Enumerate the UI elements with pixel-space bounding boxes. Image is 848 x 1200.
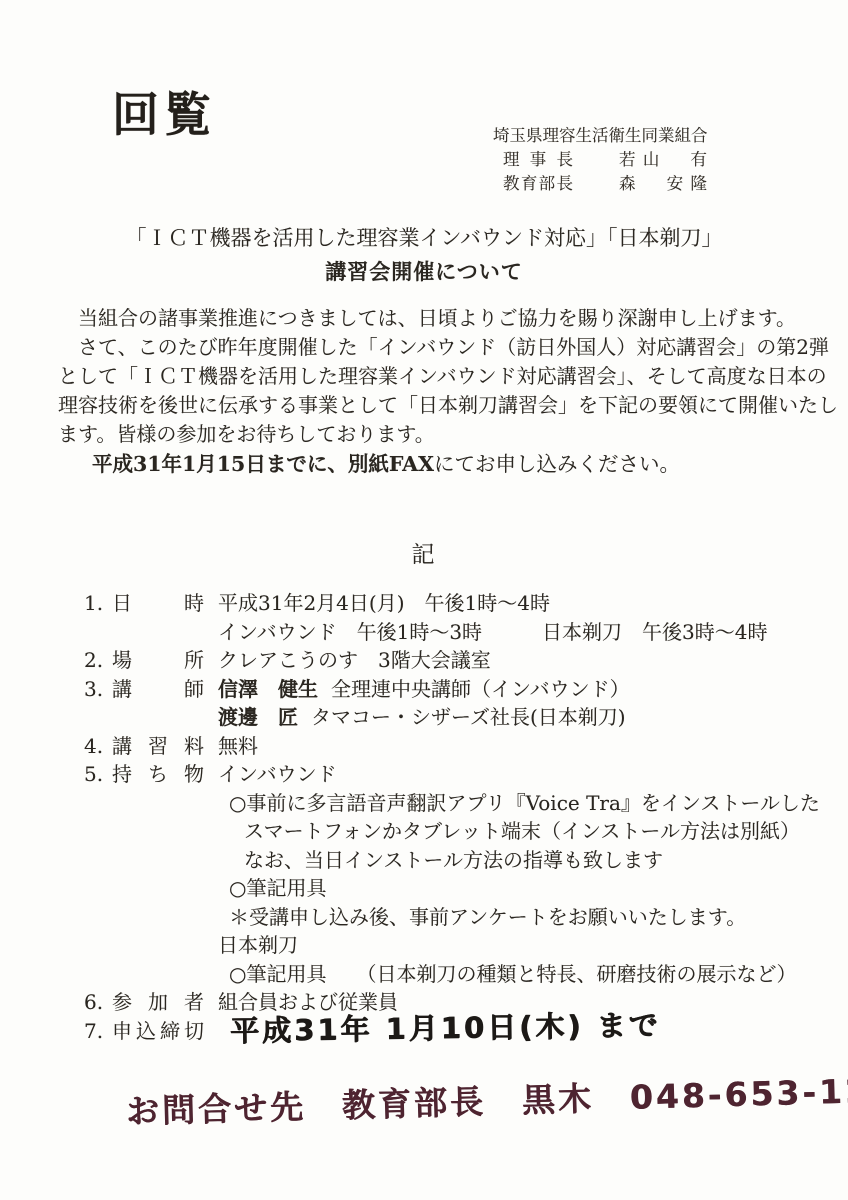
- item-number: 3.: [84, 675, 112, 704]
- fax-deadline-notice: 平成31年1月15日までに、別紙FAXにてお申し込みください。: [58, 450, 840, 479]
- item-value-line: クレアこうのす 3階大会議室: [218, 646, 824, 675]
- fax-deadline-rest: にてお申し込みください。: [434, 452, 680, 476]
- lecturer-name: 信澤 健生: [218, 677, 318, 701]
- belonging-detail-line: スマートフォンかタブレット端末（インストール方法は別紙）: [218, 817, 824, 846]
- officer-role: 理事長: [503, 148, 573, 172]
- lecturer-desc: 全理連中央講師（インバウンド）: [331, 677, 630, 701]
- belonging-detail-line: ＊受講申し込み後、事前アンケートをお願いいたします。: [218, 903, 824, 932]
- item-label: 持ち物: [112, 760, 204, 789]
- item-number: 1.: [84, 589, 112, 618]
- sender-header: 埼玉県理容生活衛生同業組合 理事長 若山 有 教育部長 森 安隆: [493, 124, 707, 196]
- notice-title-line2: 講習会開催について: [0, 255, 848, 288]
- item-number: 4.: [84, 732, 112, 761]
- item-value-line: インバウンド 午後1時～3時 日本剃刀 午後3時～4時: [218, 618, 824, 647]
- officer-row: 理事長 若山 有: [493, 148, 707, 172]
- notice-title: 「ＩＣＴ機器を活用した理容業インバウンド対応」「日本剃刀」 講習会開催について: [0, 222, 848, 288]
- paragraph-line: 当組合の諸事業推進につきましては、日頃よりご協力を賜り深謝申し上げます。: [58, 304, 840, 333]
- list-item-lecturers: 3. 講師 信澤 健生全理連中央講師（インバウンド） 渡邊 匠タマコー・シザーズ…: [84, 675, 824, 732]
- item-label: 講師: [112, 675, 204, 704]
- list-item-place: 2. 場所 クレアこうのす 3階大会議室: [84, 646, 824, 675]
- circulation-stamp: 回覧: [112, 78, 216, 145]
- paragraph-line: 理容技術を後世に伝承する事業として「日本剃刀講習会」を下記の要領にて開催いたし: [58, 391, 840, 420]
- details-list: 1. 日時 平成31年2月4日(月) 午後1時～4時 インバウンド 午後1時～3…: [84, 589, 824, 1045]
- notice-title-line1: 「ＩＣＴ機器を活用した理容業インバウンド対応」「日本剃刀」: [0, 222, 848, 255]
- item-value-line: 無料: [218, 732, 824, 761]
- scanned-notice-page: 回覧 埼玉県理容生活衛生同業組合 理事長 若山 有 教育部長 森 安隆 「ＩＣＴ…: [0, 0, 848, 1200]
- officer-role: 教育部長: [503, 172, 573, 196]
- list-item-fee: 4. 講習料 無料: [84, 732, 824, 761]
- item-label: 参加者: [112, 988, 204, 1017]
- item-label: 日時: [112, 589, 204, 618]
- record-marker: 記: [0, 536, 848, 569]
- lecturer-name: 渡邊 匠: [218, 705, 298, 729]
- lecturer-line: 渡邊 匠タマコー・シザーズ社長(日本剃刀): [218, 703, 824, 732]
- list-item-application-deadline: 7. 申込締切 平成31年 1月10日(木) まで: [84, 1017, 824, 1046]
- belonging-detail-line: なお、当日インストール方法の指導も致します: [218, 846, 824, 875]
- officer-name: 森 安隆: [619, 172, 707, 196]
- paragraph-line: として「ＩＣＴ機器を活用した理容業インバウンド対応講習会」、そして高度な日本の: [58, 362, 840, 391]
- item-number: 5.: [84, 760, 112, 789]
- lecturer-line: 信澤 健生全理連中央講師（インバウンド）: [218, 675, 824, 704]
- organization-name: 埼玉県理容生活衛生同業組合: [493, 124, 707, 148]
- fax-deadline-emphasis: 平成31年1月15日までに、別紙FAX: [92, 452, 434, 476]
- item-label: 申込締切: [112, 1017, 204, 1046]
- lecturer-desc: タマコー・シザーズ社長(日本剃刀): [311, 705, 626, 729]
- list-item-datetime: 1. 日時 平成31年2月4日(月) 午後1時～4時 インバウンド 午後1時～3…: [84, 589, 824, 646]
- item-value-line: 平成31年2月4日(月) 午後1時～4時: [218, 589, 824, 618]
- belonging-detail-line: ○筆記用具: [218, 874, 824, 903]
- paragraph-line: ます。皆様の参加をお待ちしております。: [58, 420, 840, 449]
- body-paragraph: 当組合の諸事業推進につきましては、日頃よりご協力を賜り深謝申し上げます。 さて、…: [58, 304, 840, 479]
- paragraph-line: さて、このたび昨年度開催した「インバウンド（訪日外国人）対応講習会」の第2弾: [58, 333, 840, 362]
- handwritten-contact: お問合せ先 教育部長 黒木 048-653-1293: [125, 1064, 848, 1133]
- item-label: 場所: [112, 646, 204, 675]
- item-value-line: インバウンド: [218, 760, 824, 789]
- belonging-detail-line: ○筆記用具 （日本剃刀の種類と特長、研磨技術の展示など）: [218, 960, 824, 989]
- item-number: 2.: [84, 646, 112, 675]
- belonging-detail-line: 日本剃刀: [218, 931, 824, 960]
- item-number: 6.: [84, 988, 112, 1017]
- item-number: 7.: [84, 1017, 112, 1046]
- item-label: 講習料: [112, 732, 204, 761]
- handwritten-deadline: 平成31年 1月10日(木) まで: [230, 1010, 661, 1045]
- officer-name: 若山 有: [619, 148, 707, 172]
- belonging-detail-line: ○事前に多言語音声翻訳アプリ『Voice Tra』をインストールした: [218, 789, 824, 818]
- officer-row: 教育部長 森 安隆: [493, 172, 707, 196]
- list-item-belongings: 5. 持ち物 インバウンド ○事前に多言語音声翻訳アプリ『Voice Tra』を…: [84, 760, 824, 988]
